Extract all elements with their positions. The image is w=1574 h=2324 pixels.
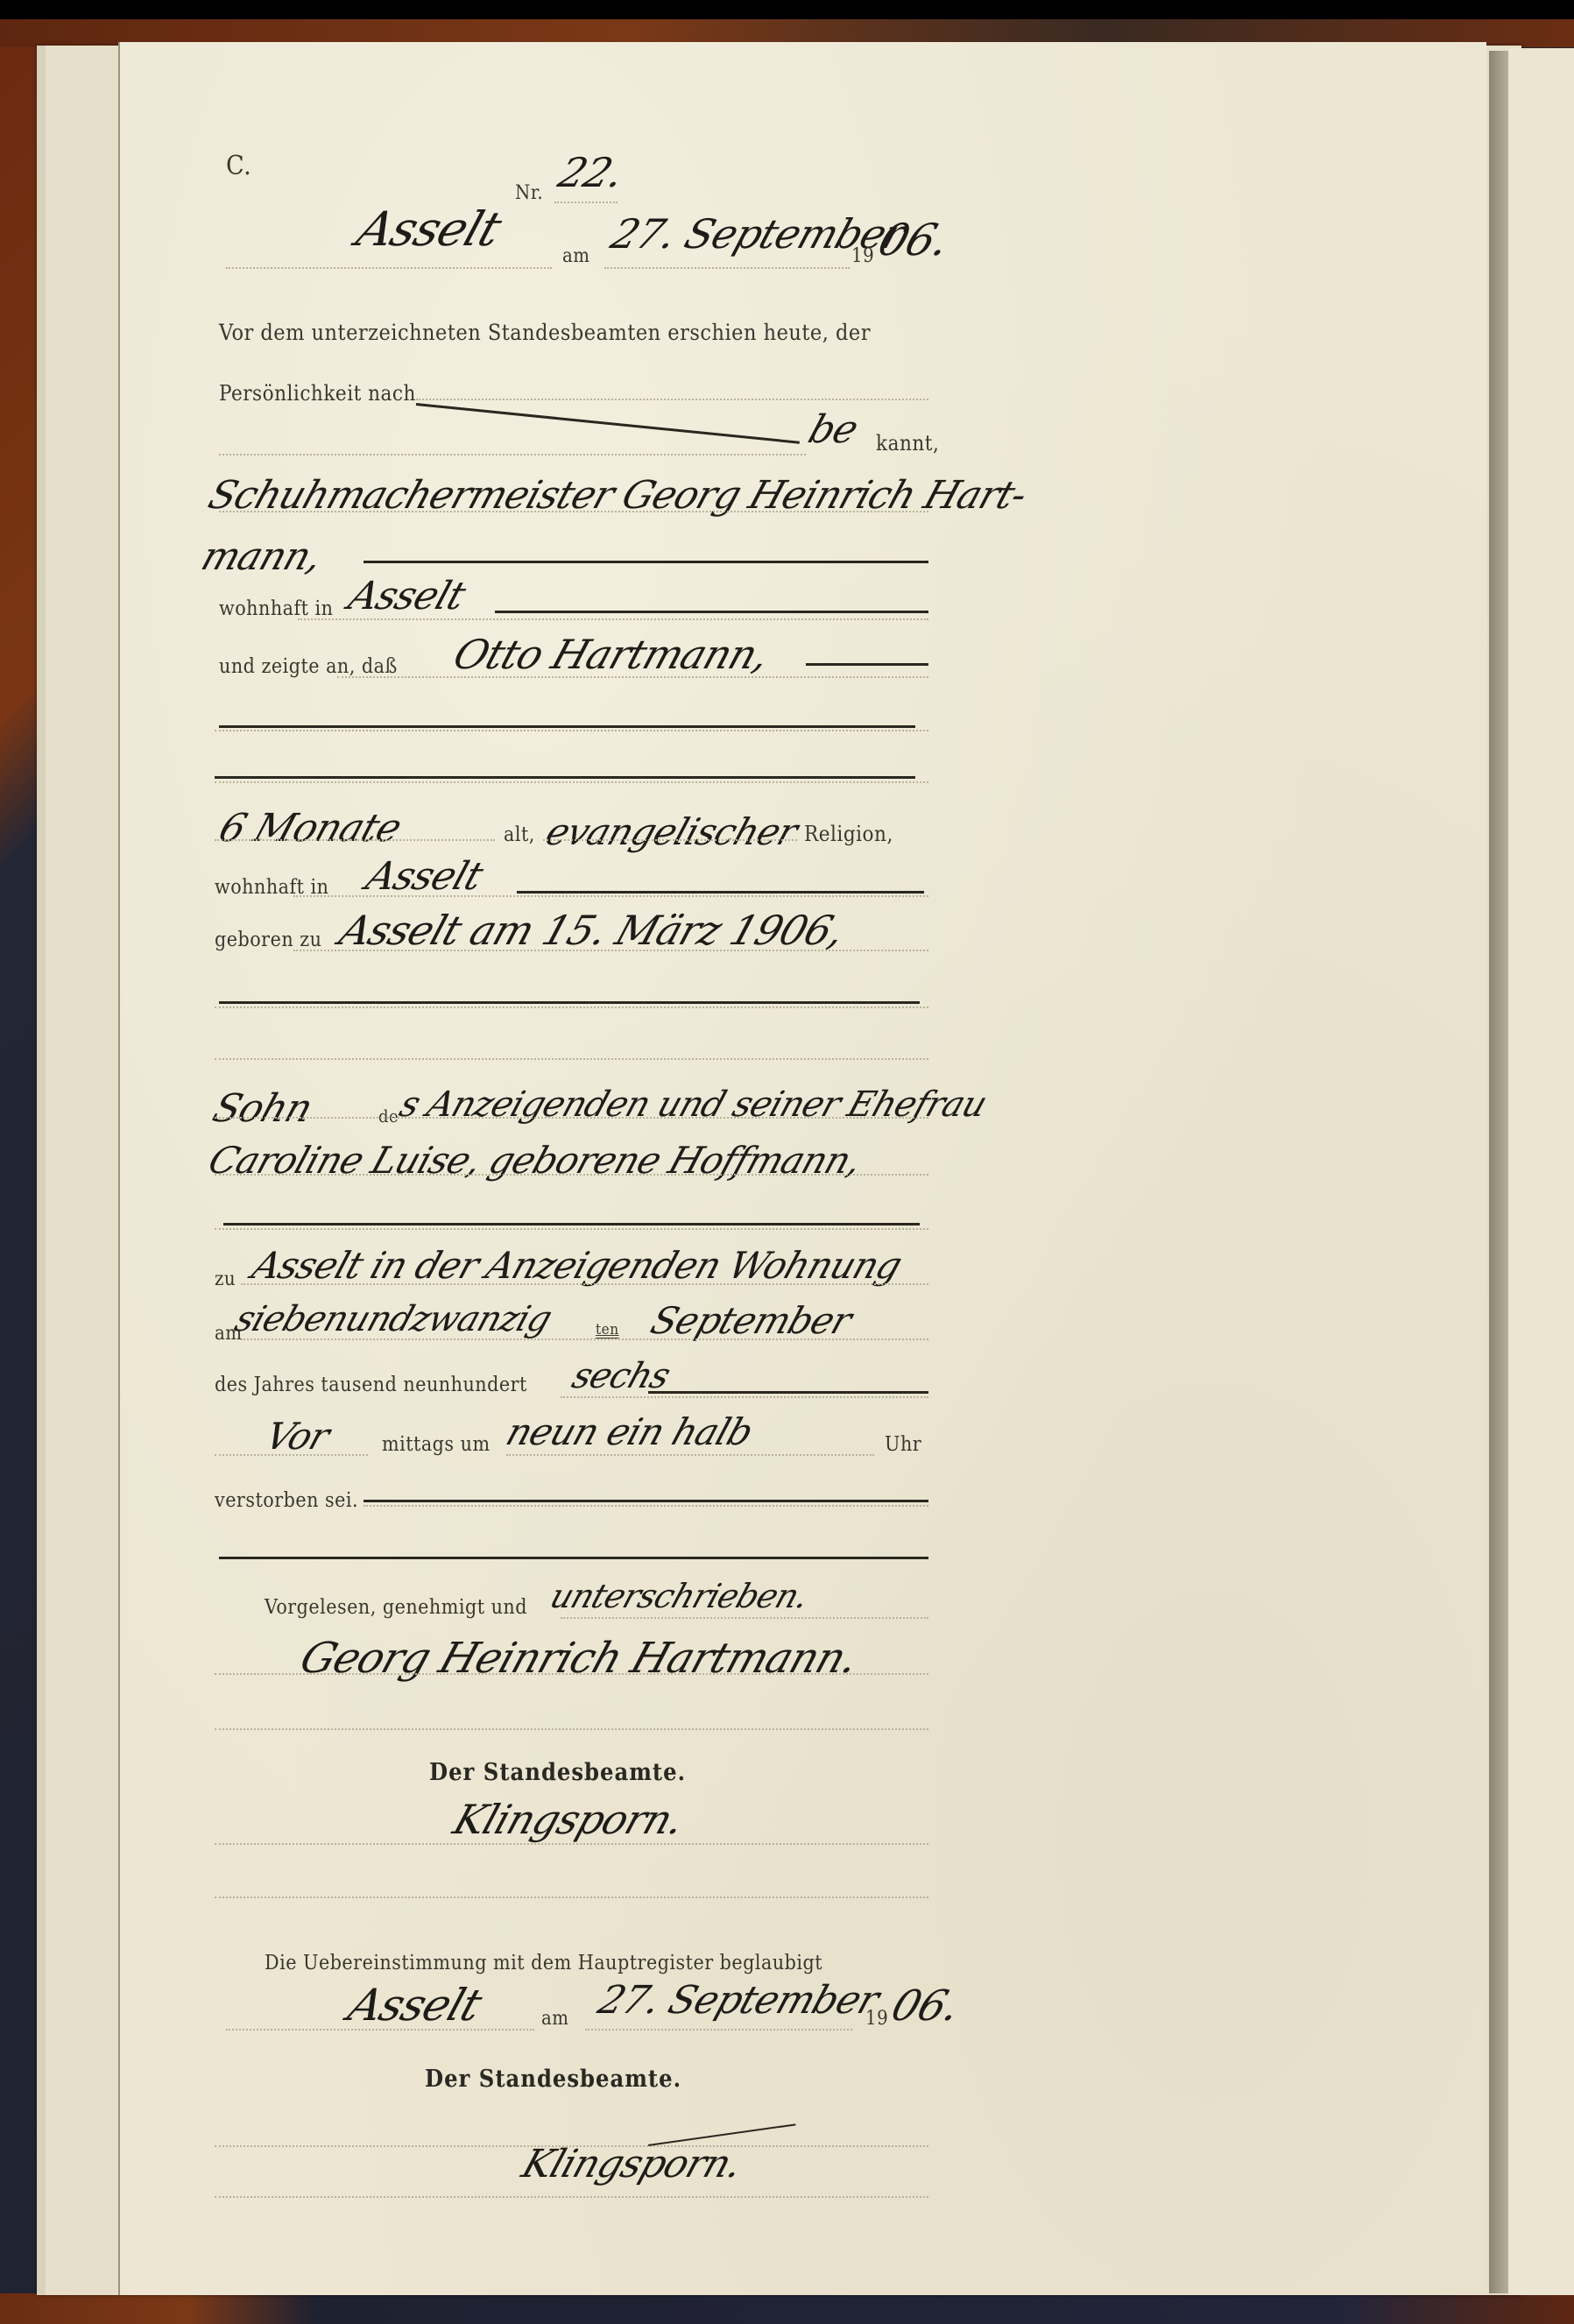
persoenlichkeit-dotted-line <box>416 399 928 400</box>
wohnhaft-dotted-line <box>298 618 928 620</box>
informant-dotted-line-1 <box>219 511 928 512</box>
bekannt-dotted-line <box>219 454 806 456</box>
registrar-title: Der Standesbeamte. <box>429 1759 686 1786</box>
deceased-residence: Asselt <box>361 854 488 899</box>
cert-place-dotted-line <box>226 2029 534 2031</box>
registrar-dotted-line <box>215 1843 928 1845</box>
year-prefix: 19 <box>851 245 874 267</box>
age-dotted-line <box>215 839 495 841</box>
blank-fill-rule-2 <box>215 776 915 779</box>
mittags-label: mittags um <box>382 1433 491 1456</box>
date-dotted-line <box>604 267 850 269</box>
year-fill-rule <box>648 1391 928 1394</box>
cert-year-suffix: 06. <box>886 1981 966 2031</box>
residence-fill-rule <box>517 891 924 894</box>
blank-dotted-line-3 <box>215 1007 928 1008</box>
year-dotted-line <box>561 1396 928 1398</box>
blank-dotted-line-1 <box>215 730 928 731</box>
bekannt-handwritten: be <box>803 407 864 452</box>
ten-label: ten <box>596 1321 619 1339</box>
cert-date: 27. September <box>593 1978 885 2023</box>
cert-year-prefix: 19 <box>865 2008 888 2030</box>
death-place: Asselt in der Anzeigenden Wohnung <box>247 1244 907 1287</box>
zeigte-label: und zeigte an, daß <box>219 655 398 678</box>
religion-dotted-line <box>543 839 797 841</box>
informant-residence: Asselt <box>343 574 470 618</box>
death-time-dotted-line <box>506 1454 874 1456</box>
geboren-label: geboren zu <box>215 929 321 951</box>
strike-through-line <box>416 403 800 444</box>
certification-line: Die Uebereinstimmung mit dem Hauptregist… <box>265 1952 822 1974</box>
deceased-religion: evangelischer <box>540 810 802 853</box>
blank-fill-rule-3 <box>219 1001 920 1004</box>
registry-place: Asselt <box>350 201 508 257</box>
am-label: am <box>562 245 590 267</box>
parents-dotted-line-2 <box>215 1174 928 1176</box>
deceased-name: Otto Hartmann, <box>448 631 774 678</box>
jahres-label: des Jahres tausend neunhundert <box>215 1374 527 1396</box>
alt-label: alt, <box>504 823 535 846</box>
time-period: Vor <box>260 1415 335 1458</box>
persoenlichkeit-label: Persönlichkeit nach <box>219 381 416 406</box>
cert-signature-dotted-line-2 <box>215 2196 928 2198</box>
parents-dotted-line-3 <box>215 1228 928 1230</box>
zeigte-fill-rule <box>806 663 928 666</box>
place-dotted-line <box>226 267 552 269</box>
informant-fill-rule <box>364 561 928 563</box>
deceased-age: 6 Monate <box>214 806 406 851</box>
death-place-dotted-line <box>241 1283 928 1285</box>
informant-signature: Georg Heinrich Hartmann. <box>294 1634 865 1683</box>
bekannt-label: kannt, <box>876 431 939 456</box>
vorgelesen-dotted-line <box>561 1617 928 1619</box>
registrar-signature: Klingsporn. <box>448 1796 689 1843</box>
record-number: 22. <box>553 149 630 196</box>
cert-am-label: am <box>541 2008 569 2030</box>
parents-dotted-line-1 <box>215 1117 928 1119</box>
nr-dotted-line <box>554 201 618 203</box>
death-month: September <box>646 1299 857 1342</box>
blank-fill-rule-1 <box>219 725 915 728</box>
informant-line-2: mann, <box>196 534 328 579</box>
blank-dotted-line-4 <box>215 1058 928 1060</box>
cert-registrar-title: Der Standesbeamte. <box>425 2066 681 2093</box>
wohnhaft-label: wohnhaft in <box>219 597 333 620</box>
cert-date-dotted-line <box>585 2029 852 2031</box>
vorgelesen-label: Vorgelesen, genehmigt und <box>265 1596 527 1619</box>
time-period-dotted-line <box>215 1454 368 1456</box>
religion-label: Religion, <box>804 822 893 846</box>
nr-label: Nr. <box>515 182 543 204</box>
verstorben-label: verstorben sei. <box>215 1489 358 1512</box>
residence-dotted-line <box>293 895 928 897</box>
wohnhaft-fill-rule <box>495 611 928 613</box>
uhr-label: Uhr <box>885 1433 921 1456</box>
parents-prefix: Sohn <box>208 1086 318 1131</box>
parents-fill-rule <box>223 1223 920 1226</box>
birth-place-date: Asselt am 15. März 1906, <box>334 907 851 954</box>
blank-dotted-line-2 <box>215 781 928 783</box>
parents-line-1: s Anzeigenden und seiner Ehefrau <box>395 1084 992 1125</box>
verstorben-fill-rule <box>364 1500 928 1502</box>
death-time: neun ein halb <box>501 1410 758 1453</box>
section-divider-rule <box>219 1557 928 1559</box>
blank-signature-dotted-line <box>215 1728 928 1730</box>
informant-signature-dotted-line <box>215 1673 928 1675</box>
zeigte-dotted-line <box>337 676 928 678</box>
death-day: siebenundzwanzig <box>230 1299 557 1339</box>
verstorben-dotted-line <box>364 1505 928 1507</box>
zu-label: zu <box>215 1268 236 1290</box>
cert-place: Asselt <box>342 1980 488 2031</box>
form-letter: C. <box>226 151 251 181</box>
intro-line: Vor dem unterzeichneten Standesbeamten e… <box>219 320 871 345</box>
blank-dotted-line-5 <box>215 1897 928 1898</box>
death-record-form: C. Nr. 22. Asselt am 27. September 19 06… <box>0 0 1574 2324</box>
death-date-dotted-line <box>241 1339 928 1340</box>
birth-dotted-line <box>293 950 928 951</box>
vorgelesen-value: unterschrieben. <box>546 1577 814 1615</box>
cert-signature: Klingsporn. <box>517 2142 748 2186</box>
